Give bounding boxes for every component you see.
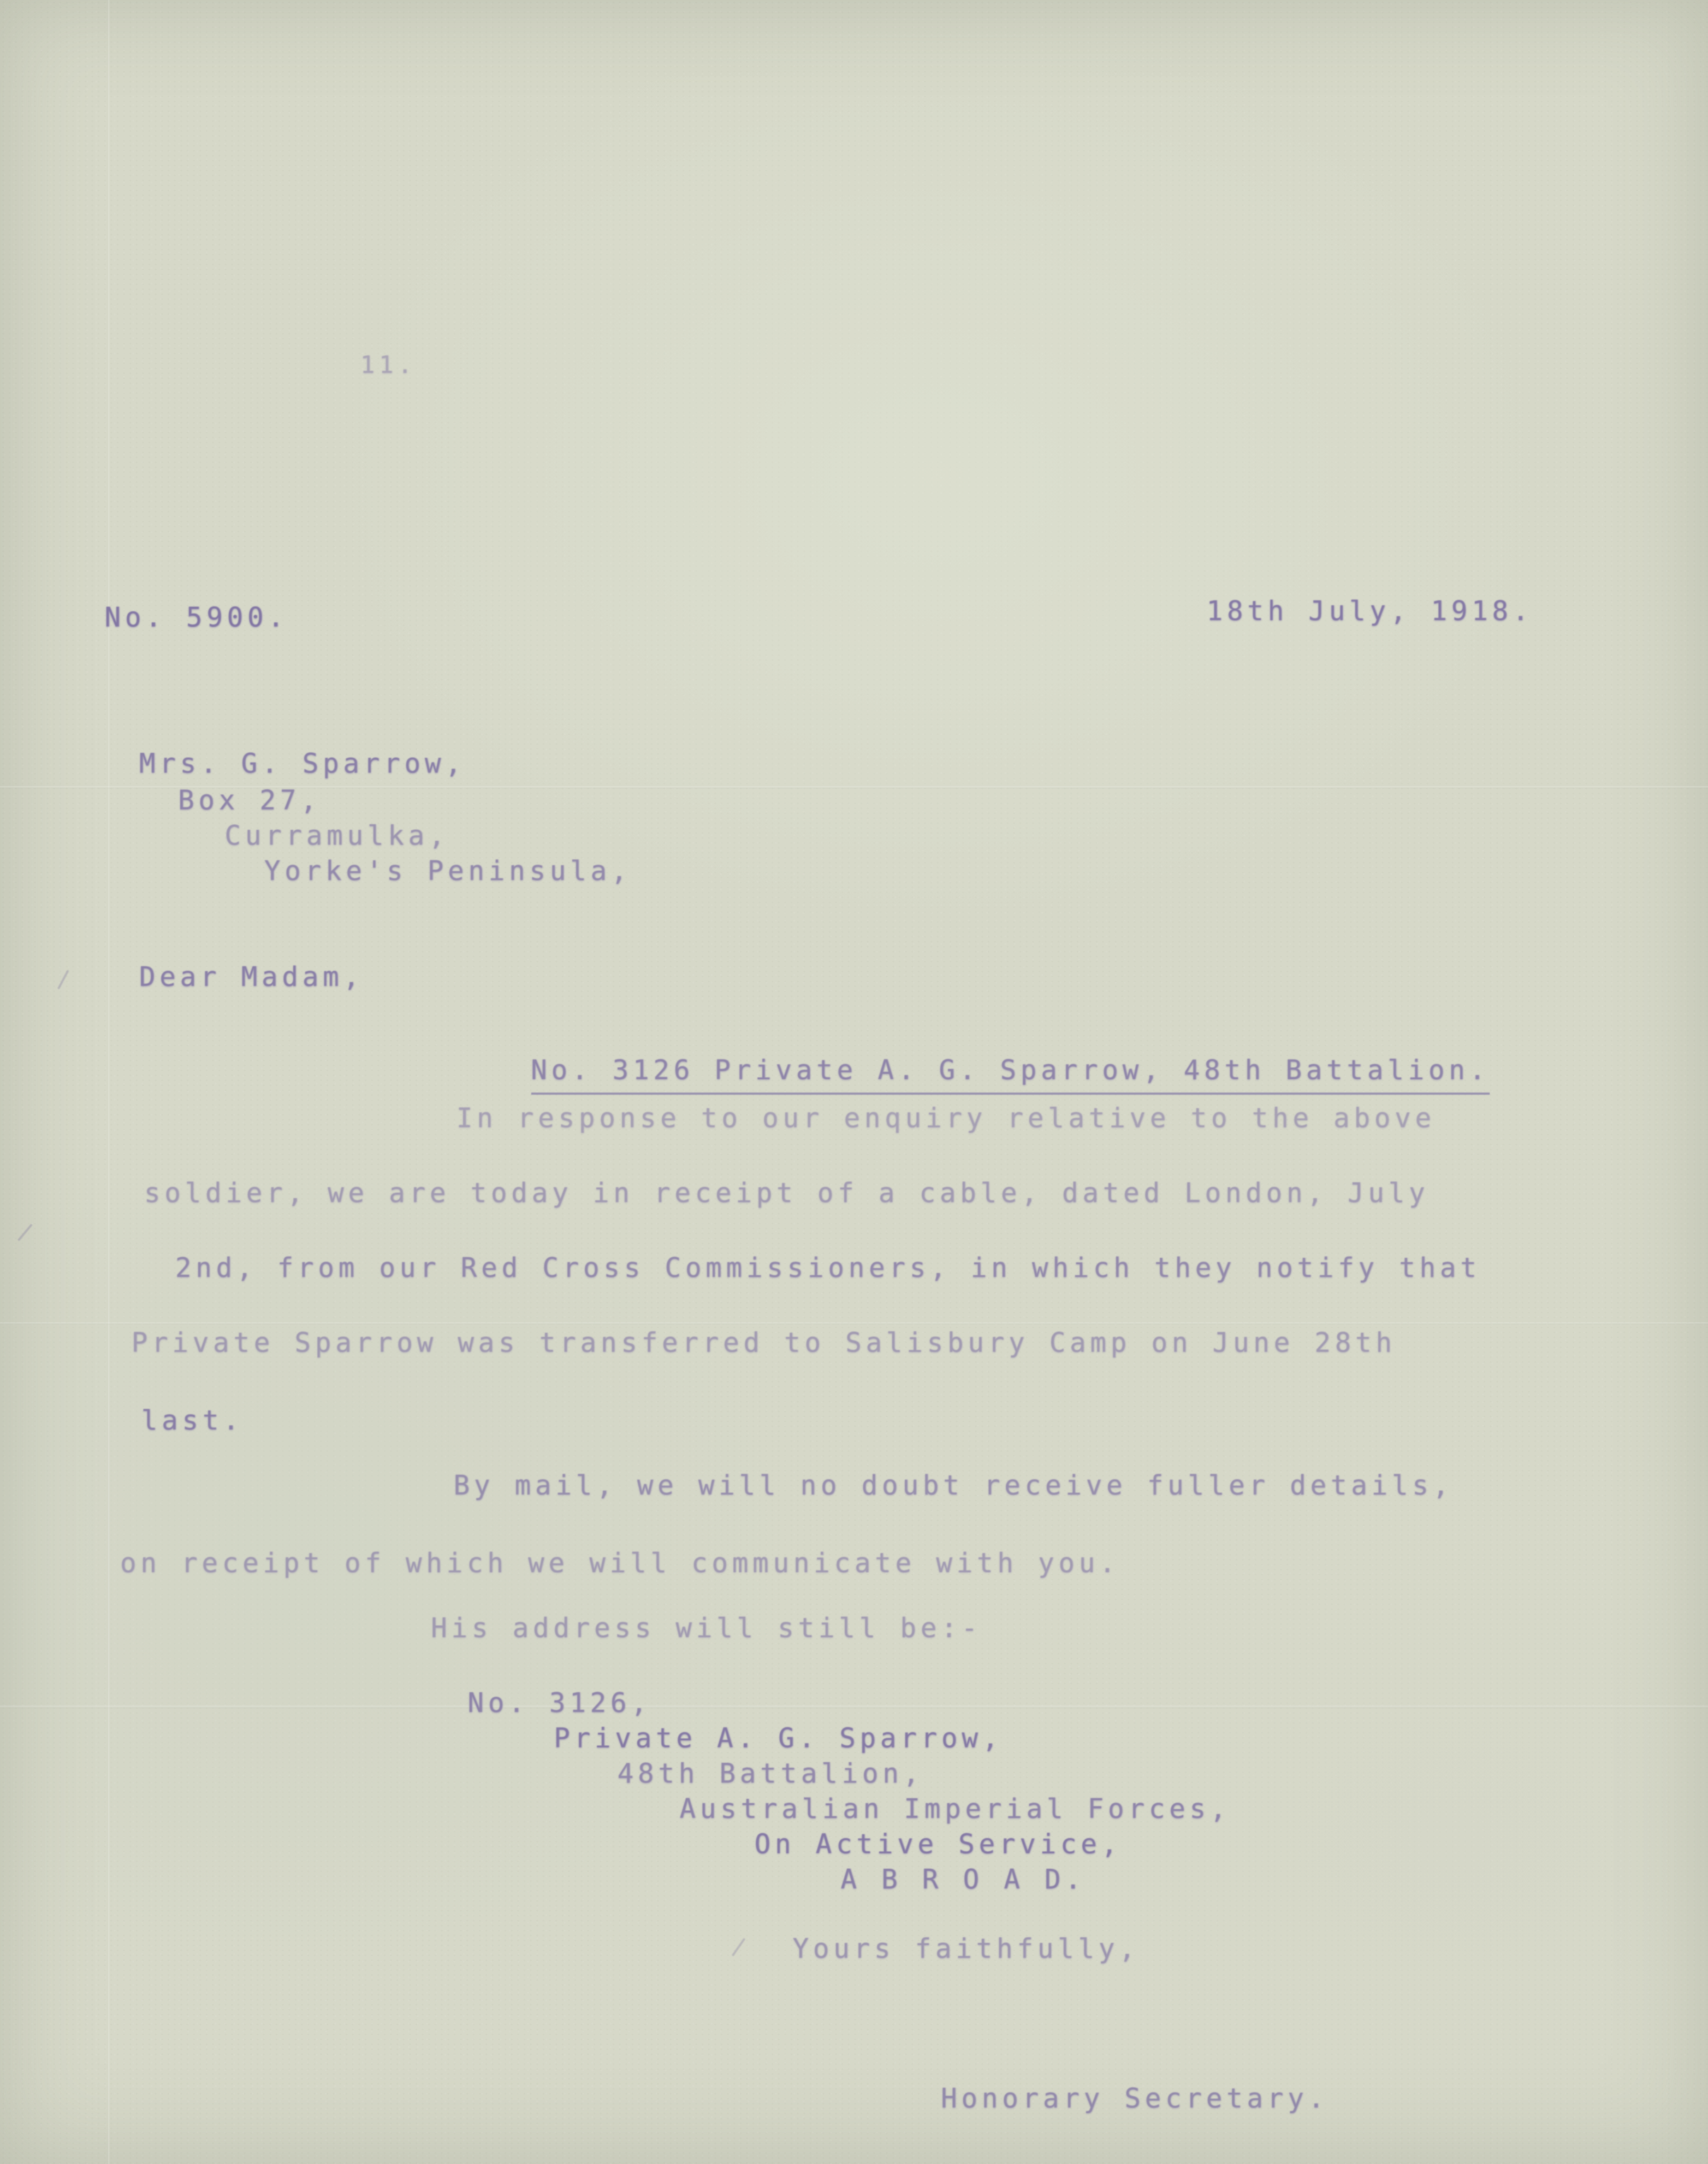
recipient-address-line: Box 27, xyxy=(178,787,321,814)
subject-text: No. 3126 Private A. G. Sparrow, 48th Bat… xyxy=(531,1054,1490,1095)
date-line: 18th July, 1918. xyxy=(1206,598,1533,624)
body-line: last. xyxy=(141,1407,243,1434)
subject-line: No. 3126 Private A. G. Sparrow, 48th Bat… xyxy=(449,1030,1490,1110)
letter-document: 11. No. 5900. 18th July, 1918. Mrs. G. S… xyxy=(0,0,1708,2164)
soldier-address-line: No. 3126, xyxy=(468,1689,651,1716)
fold-crease xyxy=(0,1322,1708,1325)
body-line: His address will still be:- xyxy=(431,1615,982,1641)
closing-valediction: Yours faithfully, xyxy=(793,1935,1139,1962)
body-line: 2nd, from our Red Cross Commissioners, i… xyxy=(175,1254,1481,1281)
pen-check-mark xyxy=(57,970,69,989)
body-line: By mail, we will no doubt receive fuller… xyxy=(453,1472,1453,1499)
recipient-address-line: Yorke's Peninsula, xyxy=(264,857,631,884)
soldier-address-line: Australian Imperial Forces, xyxy=(680,1795,1230,1822)
soldier-address-line: 48th Battalion, xyxy=(617,1760,923,1787)
typist-mark: 11. xyxy=(360,353,416,377)
recipient-address-line: Curramulka, xyxy=(225,822,449,849)
fold-crease xyxy=(0,1706,1708,1708)
soldier-address-line: Private A. G. Sparrow, xyxy=(554,1725,1002,1752)
scan-artifact-line xyxy=(108,0,109,2164)
body-line: In response to our enquiry relative to t… xyxy=(456,1105,1435,1131)
soldier-address-line: A B R O A D. xyxy=(841,1866,1086,1893)
reference-number: No. 5900. xyxy=(105,604,288,631)
body-line: Private Sparrow was transferred to Salis… xyxy=(131,1329,1396,1356)
pen-check-mark xyxy=(18,1224,33,1242)
salutation: Dear Madam, xyxy=(139,963,364,990)
signature-title: Honorary Secretary. xyxy=(941,2085,1329,2112)
body-line: soldier, we are today in receipt of a ca… xyxy=(144,1179,1429,1206)
pen-check-mark xyxy=(732,1938,746,1956)
body-line: on receipt of which we will communicate … xyxy=(120,1550,1120,1576)
soldier-address-line: On Active Service, xyxy=(754,1831,1122,1857)
recipient-name: Mrs. G. Sparrow, xyxy=(139,750,465,777)
